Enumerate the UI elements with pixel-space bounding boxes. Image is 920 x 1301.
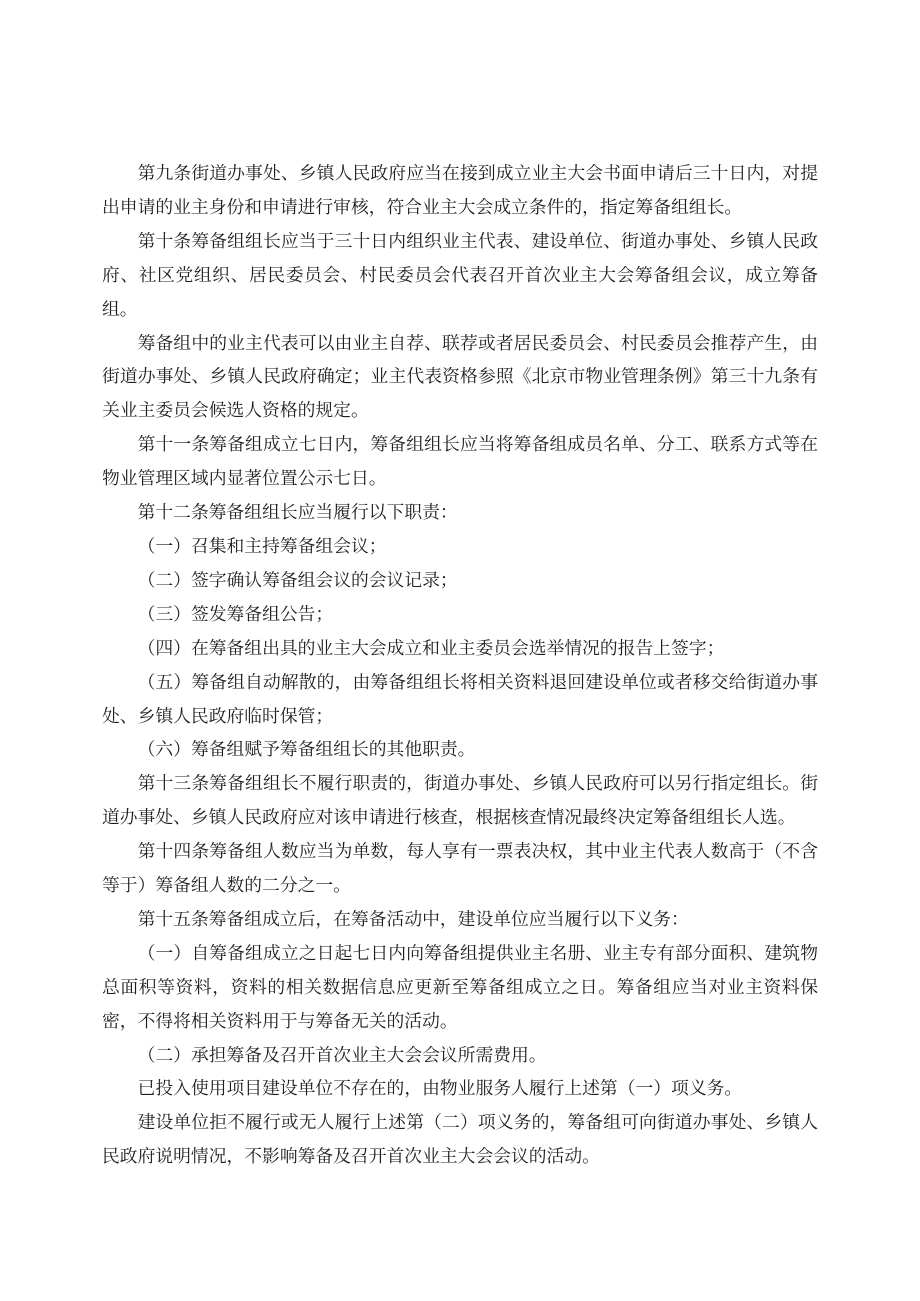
document-list-item: （二）签字确认筹备组会议的会议记录； xyxy=(102,564,818,598)
document-paragraph: 第十三条筹备组组长不履行职责的，街道办事处、乡镇人民政府可以另行指定组长。街道办… xyxy=(102,767,818,835)
document-list-item: （三）签发筹备组公告； xyxy=(102,598,818,632)
document-paragraph: 建设单位拒不履行或无人履行上述第（二）项义务的，筹备组可向街道办事处、乡镇人民政… xyxy=(102,1106,818,1174)
document-paragraph: 第十四条筹备组人数应当为单数，每人享有一票表决权，其中业主代表人数高于（不含等于… xyxy=(102,835,818,903)
document-paragraph: 第十条筹备组组长应当于三十日内组织业主代表、建设单位、街道办事处、乡镇人民政府、… xyxy=(102,225,818,327)
document-paragraph: 已投入使用项目建设单位不存在的，由物业服务人履行上述第（一）项义务。 xyxy=(102,1072,818,1106)
document-paragraph: 第十二条筹备组组长应当履行以下职责： xyxy=(102,496,818,530)
document-list-item: （一）自筹备组成立之日起七日内向筹备组提供业主名册、业主专有部分面积、建筑物总面… xyxy=(102,937,818,1039)
document-list-item: （六）筹备组赋予筹备组组长的其他职责。 xyxy=(102,733,818,767)
document-paragraph: 第十五条筹备组成立后，在筹备活动中，建设单位应当履行以下义务： xyxy=(102,903,818,937)
document-list-item: （四）在筹备组出具的业主大会成立和业主委员会选举情况的报告上签字； xyxy=(102,632,818,666)
document-paragraph: 第十一条筹备组成立七日内，筹备组组长应当将筹备组成员名单、分工、联系方式等在物业… xyxy=(102,428,818,496)
document-list-item: （一）召集和主持筹备组会议； xyxy=(102,530,818,564)
document-page: 第九条街道办事处、乡镇人民政府应当在接到成立业主大会书面申请后三十日内，对提出申… xyxy=(0,0,920,1301)
document-body: 第九条街道办事处、乡镇人民政府应当在接到成立业主大会书面申请后三十日内，对提出申… xyxy=(102,157,818,1174)
document-list-item: （二）承担筹备及召开首次业主大会会议所需费用。 xyxy=(102,1039,818,1073)
document-paragraph: 第九条街道办事处、乡镇人民政府应当在接到成立业主大会书面申请后三十日内，对提出申… xyxy=(102,157,818,225)
document-paragraph: 筹备组中的业主代表可以由业主自荐、联荐或者居民委员会、村民委员会推荐产生，由街道… xyxy=(102,327,818,429)
document-list-item: （五）筹备组自动解散的，由筹备组组长将相关资料退回建设单位或者移交给街道办事处、… xyxy=(102,666,818,734)
